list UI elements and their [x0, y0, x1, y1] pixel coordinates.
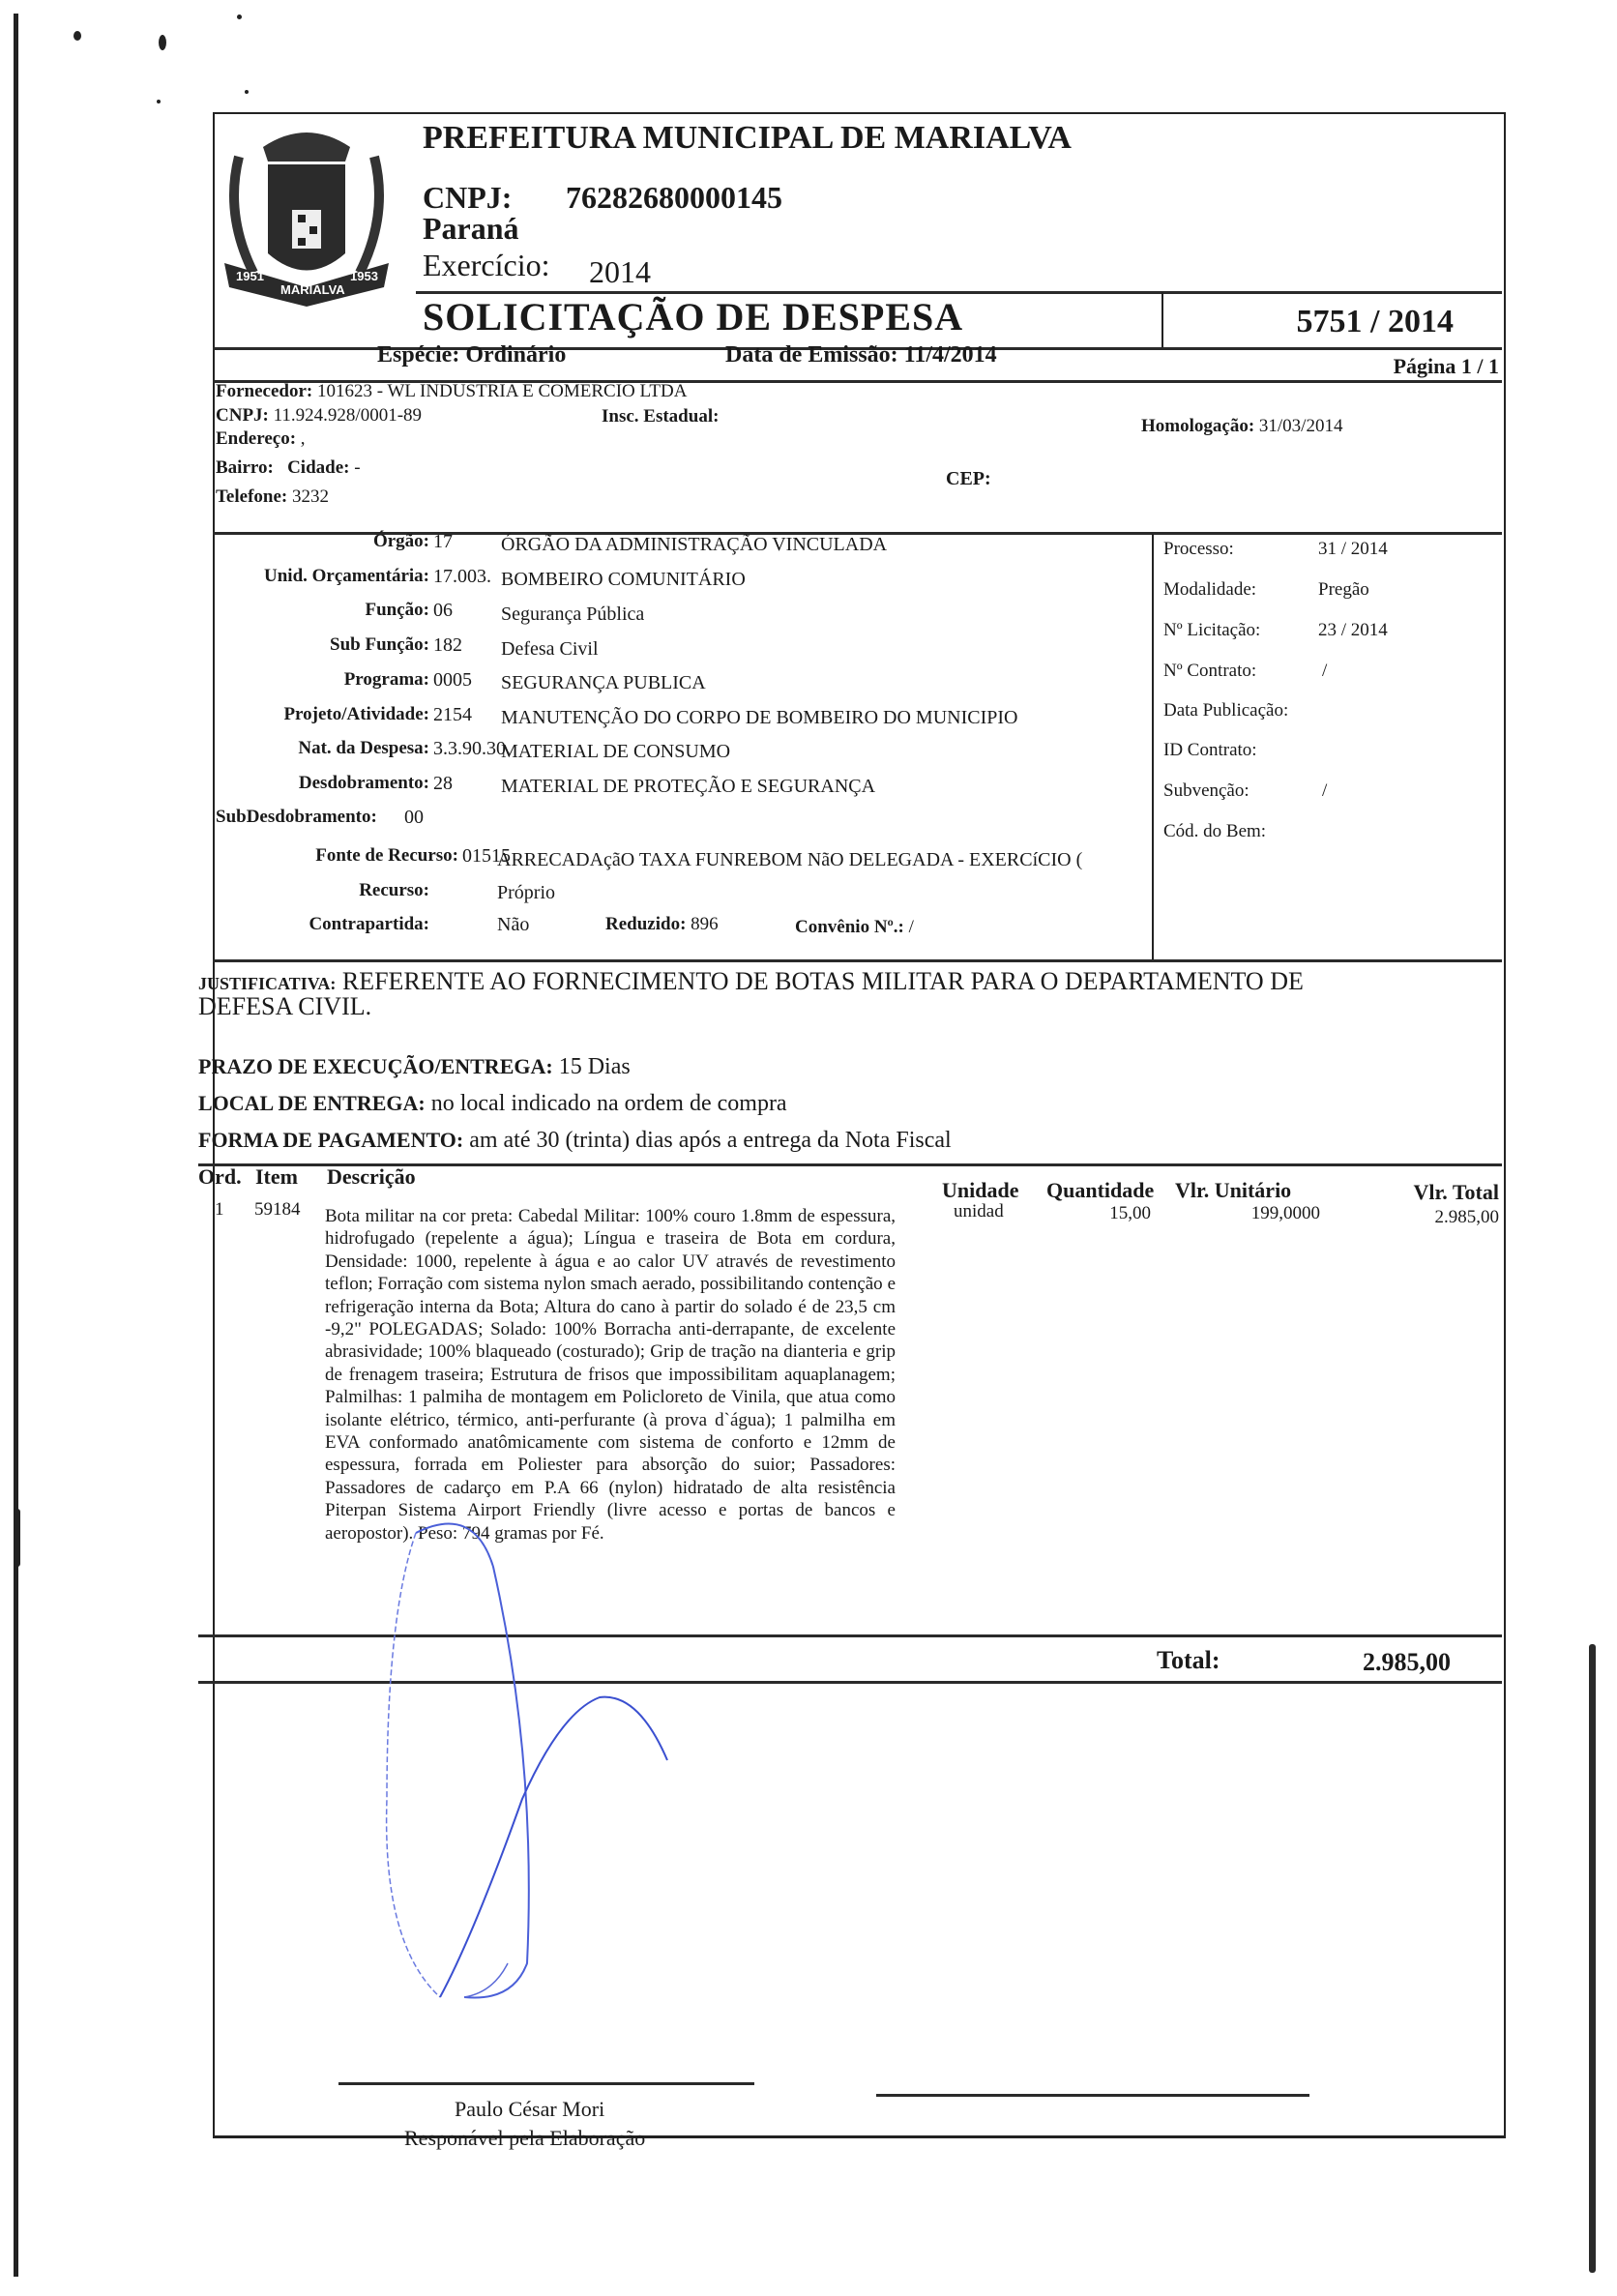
contrapartida-label: Contrapartida: — [215, 914, 429, 935]
bairro-cidade-field: Bairro: Cidade: - — [216, 457, 361, 479]
programa-label: Programa: — [215, 669, 429, 691]
processo-value: 31 / 2014 — [1318, 539, 1388, 560]
scan-speck — [245, 90, 249, 94]
desdobramento-code: 28 — [433, 773, 453, 795]
col-descricao: Descrição — [327, 1164, 416, 1190]
nat-despesa-desc: MATERIAL DE CONSUMO — [501, 741, 730, 763]
sub-funcao-desc: Defesa Civil — [501, 638, 599, 661]
page-indicator: Página 1 / 1 — [1257, 354, 1499, 379]
homologacao-field: Homologação: 31/03/2014 — [1141, 416, 1342, 437]
funcao-code: 06 — [433, 600, 453, 622]
endereco-field: Endereço: , — [216, 428, 306, 450]
divider — [1152, 534, 1154, 961]
data-emissao: Data de Emissão: 11/4/2014 — [725, 342, 997, 368]
prazo-field: PRAZO DE EXECUÇÃO/ENTREGA: 15 Dias — [198, 1054, 631, 1080]
orgao-label: Órgão: — [215, 531, 429, 552]
nat-despesa-label: Nat. da Despesa: — [215, 738, 429, 759]
funcao-desc: Segurança Pública — [501, 603, 644, 626]
convenio-field: Convênio Nº.: / — [795, 917, 914, 938]
sub-funcao-code: 182 — [433, 634, 462, 657]
scan-speck — [157, 100, 161, 103]
col-quantidade: Quantidade — [1046, 1178, 1154, 1203]
scan-speck — [237, 15, 242, 19]
subvencao-value: / — [1322, 780, 1327, 802]
subdesdobramento-label: SubDesdobramento: — [216, 807, 377, 828]
row-descricao: Bota militar na cor preta: Cabedal Milit… — [325, 1205, 896, 1545]
row-vlr-total: 2.985,00 — [1354, 1207, 1499, 1228]
col-item: Item — [255, 1164, 298, 1190]
row-unidade: unidad — [954, 1201, 1004, 1222]
desdobramento-label: Desdobramento: — [215, 773, 429, 794]
fonte-recurso-desc: ARRECADAçãO TAXA FUNREBOM NãO DELEGADA -… — [497, 849, 1143, 871]
divider — [213, 959, 1502, 962]
data-publicacao-label: Data Publicação: — [1163, 700, 1288, 721]
unid-orcamentaria-label: Unid. Orçamentária: — [215, 566, 429, 587]
local-entrega-field: LOCAL DE ENTREGA: no local indicado na o… — [198, 1091, 787, 1117]
modalidade-value: Pregão — [1318, 579, 1369, 601]
contrato-value: / — [1322, 661, 1327, 682]
state-name: Paraná — [423, 211, 519, 247]
divider — [198, 1681, 1502, 1684]
funcao-label: Função: — [215, 600, 429, 621]
recurso-label: Recurso: — [215, 880, 429, 901]
svg-text:MARIALVA: MARIALVA — [280, 282, 345, 297]
nat-despesa-code: 3.3.90.30. — [433, 738, 511, 760]
scan-edge — [14, 14, 18, 2277]
col-unidade: Unidade — [942, 1178, 1018, 1203]
signature-line-left — [338, 2082, 754, 2085]
unid-orcamentaria-desc: BOMBEIRO COMUNITÁRIO — [501, 569, 746, 591]
orgao-code: 17 — [433, 531, 453, 553]
scan-speck — [159, 35, 166, 50]
telefone-field: Telefone: 3232 — [216, 486, 329, 508]
row-item: 59184 — [254, 1199, 301, 1221]
total-label: Total: — [1157, 1646, 1220, 1675]
col-vlr-unitario: Vlr. Unitário — [1175, 1178, 1291, 1203]
row-quantidade: 15,00 — [1054, 1203, 1151, 1224]
id-contrato-label: ID Contrato: — [1163, 740, 1257, 761]
cnpj-value: 76282680000145 — [566, 180, 782, 216]
processo-label: Processo: — [1163, 539, 1234, 560]
recurso-desc: Próprio — [497, 882, 555, 904]
signer-role: Responável pela Elaboração — [404, 2126, 645, 2151]
signature-line-right — [876, 2094, 1309, 2097]
especie: Espécie: Ordinário — [377, 342, 566, 368]
svg-text:1951: 1951 — [236, 269, 264, 283]
signer-name: Paulo César Mori — [455, 2097, 604, 2122]
projeto-atividade-label: Projeto/Atividade: — [215, 704, 429, 725]
subvencao-label: Subvenção: — [1163, 780, 1249, 802]
unid-orcamentaria-code: 17.003. — [433, 566, 491, 588]
justificativa-line2: DEFESA CIVIL. — [198, 992, 371, 1021]
exercicio-value: 2014 — [589, 254, 651, 290]
insc-estadual-label: Insc. Estadual: — [602, 406, 719, 427]
col-ord: Ord. — [198, 1164, 242, 1190]
contrapartida-value: Não — [497, 914, 529, 936]
municipal-coat-of-arms-icon: 1951 MARIALVA 1953 — [215, 118, 398, 311]
divider — [198, 1634, 1502, 1637]
projeto-atividade-desc: MANUTENÇÃO DO CORPO DE BOMBEIRO DO MUNIC… — [501, 707, 1017, 729]
licitacao-value: 23 / 2014 — [1318, 620, 1388, 641]
municipality-name: PREFEITURA MUNICIPAL DE MARIALVA — [423, 120, 1072, 157]
scan-edge — [1589, 1644, 1596, 2273]
subdesdobramento-code: 00 — [404, 807, 424, 829]
total-value: 2.985,00 — [1335, 1648, 1451, 1677]
licitacao-label: Nº Licitação: — [1163, 620, 1260, 641]
cep-label: CEP: — [946, 468, 991, 490]
exercicio-label: Exercício: — [423, 248, 549, 283]
row-ord: 1 — [215, 1199, 224, 1221]
document-title: SOLICITAÇÃO DE DESPESA — [423, 294, 963, 339]
projeto-atividade-code: 2154 — [433, 704, 472, 726]
fornecedor-field: Fornecedor: 101623 - WL INDUSTRIA E COME… — [216, 381, 687, 402]
col-vlr-total: Vlr. Total — [1335, 1180, 1499, 1205]
scan-speck — [15, 1509, 20, 1567]
svg-text:1953: 1953 — [350, 269, 378, 283]
programa-code: 0005 — [433, 669, 472, 692]
programa-desc: SEGURANÇA PUBLICA — [501, 672, 706, 694]
orgao-desc: ÓRGÃO DA ADMINISTRAÇÃO VINCULADA — [501, 534, 887, 556]
scan-speck — [73, 31, 81, 41]
modalidade-label: Modalidade: — [1163, 579, 1256, 601]
desdobramento-desc: MATERIAL DE PROTEÇÃO E SEGURANÇA — [501, 776, 875, 798]
reduzido-field: Reduzido: 896 — [605, 914, 719, 935]
sub-funcao-label: Sub Função: — [215, 634, 429, 656]
cod-bem-label: Cód. do Bem: — [1163, 821, 1266, 842]
forma-pagamento-field: FORMA DE PAGAMENTO: am até 30 (trinta) d… — [198, 1128, 952, 1154]
contrato-label: Nº Contrato: — [1163, 661, 1256, 682]
supplier-cnpj-field: CNPJ: 11.924.928/0001-89 — [216, 405, 422, 427]
divider — [1161, 292, 1163, 350]
document-number: 5751 / 2014 — [1170, 304, 1454, 340]
fonte-recurso-label: Fonte de Recurso: — [215, 845, 458, 867]
row-vlr-unitario: 199,0000 — [1180, 1203, 1320, 1224]
